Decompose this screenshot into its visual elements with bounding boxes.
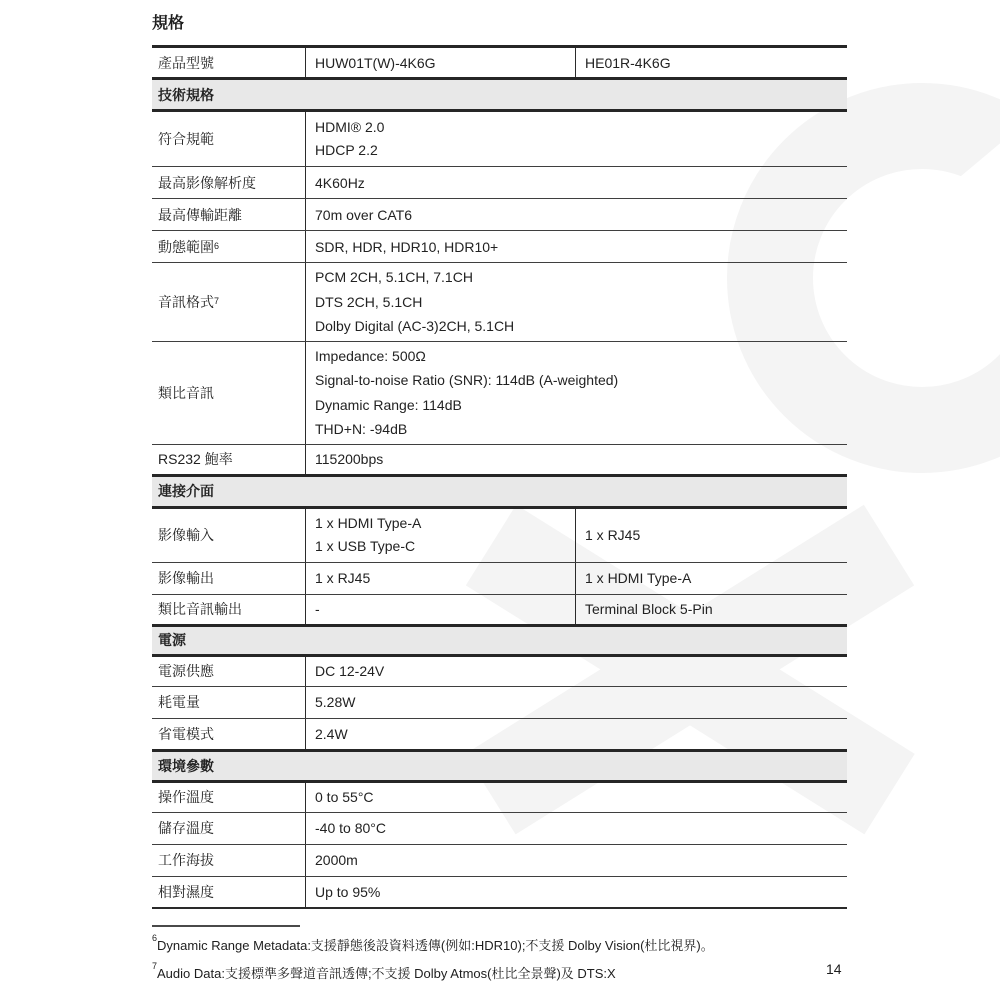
spec-value-tx: 1 x HDMI Type-A 1 x USB Type-C (305, 509, 575, 562)
spec-label: 影像輸入 (152, 509, 305, 562)
footnote-divider (152, 925, 300, 927)
spec-row-compliance: 符合規範 HDMI® 2.0 HDCP 2.2 (152, 109, 847, 166)
page-number: 14 (826, 961, 842, 977)
spec-value-rx: 1 x RJ45 (575, 509, 847, 562)
footnote-dynamic-range: 6Dynamic Range Metadata:支援靜態後設資料透傳(例如:HD… (152, 936, 847, 955)
section-header-interface: 連接介面 (152, 474, 847, 506)
spec-value-tx: - (305, 595, 575, 624)
spec-label: 符合規範 (152, 112, 305, 166)
spec-label: 儲存溫度 (152, 813, 305, 844)
spec-row-video-out: 影像輸出 1 x RJ45 1 x HDMI Type-A (152, 562, 847, 594)
spec-table: 產品型號 HUW01T(W)-4K6G HE01R-4K6G 技術規格 符合規範… (152, 45, 847, 909)
footnote-audio-data: 7Audio Data:支援標準多聲道音訊透傳;不支援 Dolby Atmos(… (152, 964, 847, 983)
spec-value: 5.28W (305, 687, 847, 718)
spec-label: 操作溫度 (152, 783, 305, 812)
spec-value: 0 to 55°C (305, 783, 847, 812)
spec-label: RS232 鮑率 (152, 445, 305, 474)
spec-value: 2000m (305, 845, 847, 876)
spec-value-tx: 1 x RJ45 (305, 563, 575, 594)
spec-value-rx: 1 x HDMI Type-A (575, 563, 847, 594)
spec-label: 影像輸出 (152, 563, 305, 594)
spec-value: 70m over CAT6 (305, 199, 847, 230)
section-header-environment: 環境參數 (152, 749, 847, 780)
spec-document: 規格 產品型號 HUW01T(W)-4K6G HE01R-4K6G 技術規格 符… (152, 13, 847, 983)
spec-row-model: 產品型號 HUW01T(W)-4K6G HE01R-4K6G (152, 45, 847, 77)
spec-value: DC 12-24V (305, 657, 847, 686)
page-title: 規格 (152, 13, 847, 45)
spec-row-resolution: 最高影像解析度 4K60Hz (152, 166, 847, 198)
spec-row-dynamic-range: 動態範圍6 SDR, HDR, HDR10, HDR10+ (152, 230, 847, 262)
spec-label: 類比音訊 (152, 342, 305, 444)
spec-label: 工作海拔 (152, 845, 305, 876)
spec-value: 4K60Hz (305, 167, 847, 198)
spec-row-power-consumption: 耗電量 5.28W (152, 686, 847, 718)
spec-value: HDMI® 2.0 HDCP 2.2 (305, 112, 847, 166)
spec-value: 2.4W (305, 719, 847, 749)
spec-value: PCM 2CH, 5.1CH, 7.1CH DTS 2CH, 5.1CH Dol… (305, 263, 847, 341)
spec-value: Impedance: 500Ω Signal-to-noise Ratio (S… (305, 342, 847, 444)
section-header-power: 電源 (152, 624, 847, 654)
spec-row-rs232: RS232 鮑率 115200bps (152, 444, 847, 474)
spec-value-rx: HE01R-4K6G (575, 48, 847, 77)
spec-label: 最高傳輸距離 (152, 199, 305, 230)
spec-label: 耗電量 (152, 687, 305, 718)
spec-row-video-in: 影像輸入 1 x HDMI Type-A 1 x USB Type-C 1 x … (152, 506, 847, 562)
spec-value: Up to 95% (305, 877, 847, 907)
spec-row-power-supply: 電源供應 DC 12-24V (152, 654, 847, 686)
spec-value-rx: Terminal Block 5-Pin (575, 595, 847, 624)
spec-label: 動態範圍6 (152, 231, 305, 262)
spec-label: 產品型號 (152, 48, 305, 77)
spec-row-humidity: 相對濕度 Up to 95% (152, 876, 847, 907)
spec-value: 115200bps (305, 445, 847, 474)
spec-label: 最高影像解析度 (152, 167, 305, 198)
spec-label: 電源供應 (152, 657, 305, 686)
spec-row-altitude: 工作海拔 2000m (152, 844, 847, 876)
spec-label: 類比音訊輸出 (152, 595, 305, 624)
spec-row-distance: 最高傳輸距離 70m over CAT6 (152, 198, 847, 230)
spec-label: 相對濕度 (152, 877, 305, 907)
spec-value-tx: HUW01T(W)-4K6G (305, 48, 575, 77)
spec-row-power-saving: 省電模式 2.4W (152, 718, 847, 749)
spec-row-operating-temp: 操作溫度 0 to 55°C (152, 780, 847, 812)
spec-value: SDR, HDR, HDR10, HDR10+ (305, 231, 847, 262)
spec-row-storage-temp: 儲存溫度 -40 to 80°C (152, 812, 847, 844)
spec-row-analog-audio: 類比音訊 Impedance: 500Ω Signal-to-noise Rat… (152, 341, 847, 444)
spec-label: 省電模式 (152, 719, 305, 749)
spec-value: -40 to 80°C (305, 813, 847, 844)
spec-row-analog-out: 類比音訊輸出 - Terminal Block 5-Pin (152, 594, 847, 624)
spec-row-audio-format: 音訊格式7 PCM 2CH, 5.1CH, 7.1CH DTS 2CH, 5.1… (152, 262, 847, 341)
spec-label: 音訊格式7 (152, 263, 305, 341)
section-header-tech: 技術規格 (152, 77, 847, 109)
